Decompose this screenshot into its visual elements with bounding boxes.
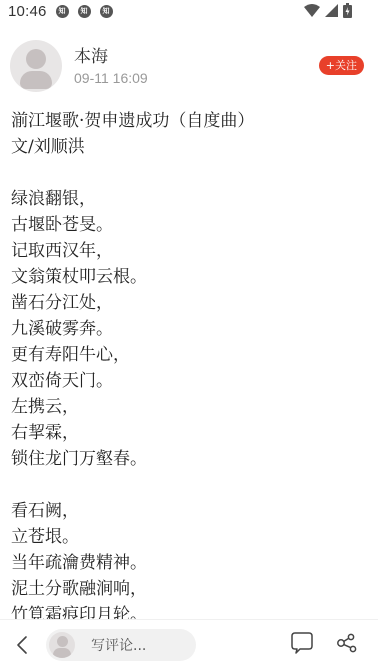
- battery-charging-icon: [343, 3, 352, 18]
- post-timestamp: 09-11 16:09: [74, 70, 148, 86]
- avatar-person-icon: [26, 49, 46, 69]
- notification-icons: 知 知 知: [56, 5, 113, 18]
- poem-line: 看石阙，: [11, 498, 368, 524]
- comment-bubble-icon: [290, 631, 314, 657]
- cellular-signal-icon: [325, 4, 338, 17]
- comment-placeholder: 写评论...: [91, 635, 146, 655]
- poem-line: 绿浪翻银，: [11, 186, 368, 212]
- poem-line: 泥土分歌融涧响，: [11, 576, 368, 602]
- avatar-person-icon: [57, 636, 68, 647]
- follow-button[interactable]: +关注: [319, 56, 364, 75]
- author-info: 本海 09-11 16:09: [74, 46, 148, 86]
- wifi-icon: [304, 4, 320, 17]
- bottom-action-bar: 写评论...: [0, 619, 378, 669]
- poem-line: 古堰卧苍旻。: [11, 212, 368, 238]
- status-bar: 10:46 知 知 知: [0, 0, 378, 22]
- author-header: 本海 09-11 16:09 +关注: [10, 40, 368, 92]
- back-button[interactable]: [7, 630, 37, 660]
- share-icon: [336, 632, 358, 654]
- poem-line: 九溪破雾奔。: [11, 316, 368, 342]
- poem-line: 锁住龙门万壑春。: [11, 446, 368, 472]
- poem-line: 右挈霖，: [11, 420, 368, 446]
- user-avatar: [49, 632, 75, 658]
- author-name[interactable]: 本海: [74, 46, 148, 68]
- poem-line: 双峦倚天门。: [11, 368, 368, 394]
- stanza-1: 绿浪翻银， 古堰卧苍旻。 记取西汉年， 文翁策杖叩云根。 凿石分江处， 九溪破雾…: [11, 186, 368, 472]
- status-indicators: [304, 3, 352, 18]
- article-title: 湔江堰歌·贺申遗成功（自度曲）: [11, 108, 368, 134]
- poem-line: 文翁策杖叩云根。: [11, 264, 368, 290]
- share-button[interactable]: [336, 632, 358, 654]
- author-avatar[interactable]: [10, 40, 62, 92]
- poem-line: 凿石分江处，: [11, 290, 368, 316]
- status-time: 10:46: [8, 3, 47, 20]
- poem-line: 左携云，: [11, 394, 368, 420]
- stanza-2: 看石阙， 立苍垠。 当年疏瀹费精神。 泥土分歌融涧响， 竹筧霜痕印月轮。: [11, 498, 368, 628]
- comment-button[interactable]: [290, 631, 314, 657]
- poem-line: 记取西汉年，: [11, 238, 368, 264]
- zhihu-notification-icon: 知: [100, 5, 113, 18]
- comment-input[interactable]: 写评论...: [46, 629, 196, 661]
- article-body: 湔江堰歌·贺申遗成功（自度曲） 文/刘顺洪 绿浪翻银， 古堰卧苍旻。 记取西汉年…: [11, 108, 368, 628]
- chevron-left-icon: [16, 635, 28, 655]
- article-byline: 文/刘顺洪: [11, 134, 368, 160]
- poem-line: 更有寿阳牛心，: [11, 342, 368, 368]
- zhihu-notification-icon: 知: [56, 5, 69, 18]
- poem-line: 立苍垠。: [11, 524, 368, 550]
- poem-line: 当年疏瀹费精神。: [11, 550, 368, 576]
- zhihu-notification-icon: 知: [78, 5, 91, 18]
